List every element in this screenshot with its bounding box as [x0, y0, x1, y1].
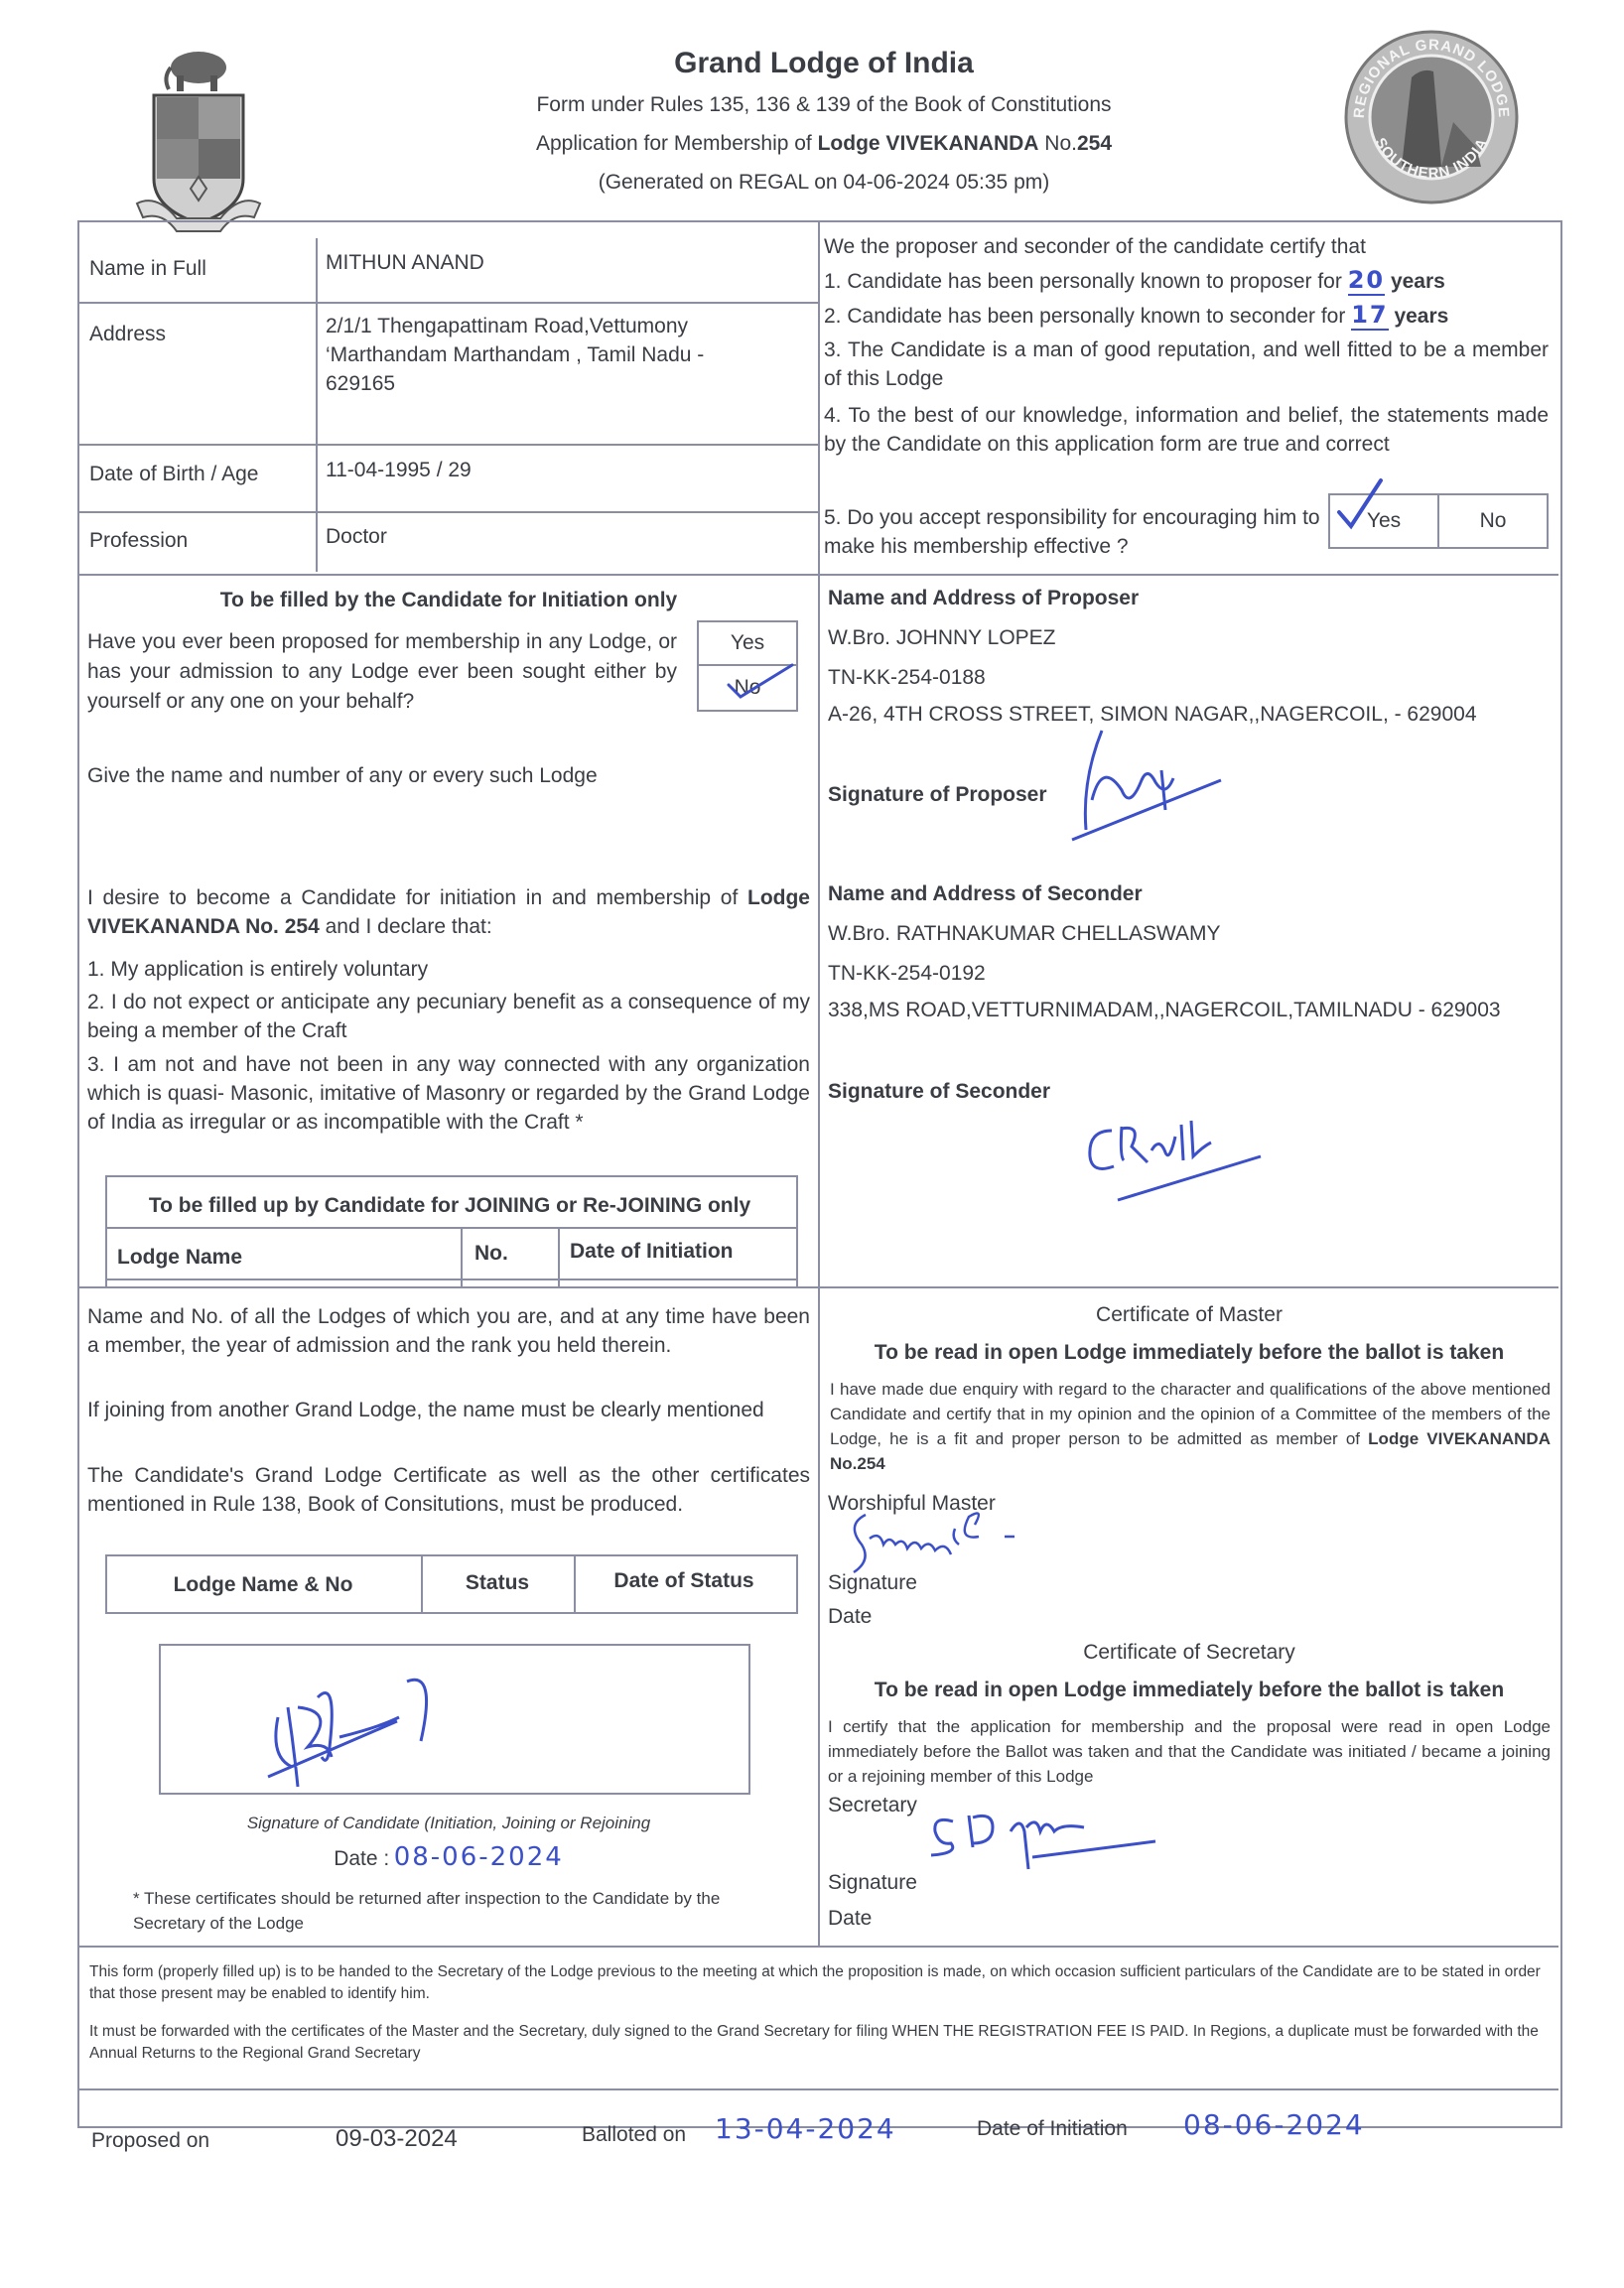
- address-value: 2/1/1 Thengapattinam Road,Vettumony ‘Mar…: [326, 312, 704, 398]
- candidate-date-value: 08-06-2024: [394, 1842, 564, 1872]
- prior-proposal-yes-checkbox[interactable]: Yes: [697, 620, 798, 666]
- column-header: No.: [474, 1239, 508, 1268]
- desire-statement: I desire to become a Candidate for initi…: [87, 883, 810, 941]
- checkmark-icon: [727, 663, 796, 703]
- profession-label: Profession: [89, 526, 188, 555]
- address-label: Address: [89, 320, 166, 348]
- certificates-return-footnote: * These certificates should be returned …: [133, 1886, 788, 1936]
- seconder-address: 338,MS ROAD,VETTURNIMADAM,,NAGERCOIL,TAM…: [828, 996, 1501, 1024]
- give-lodge-name-prompt: Give the name and number of any or every…: [87, 761, 598, 790]
- application-line: Application for Membership of Lodge VIVE…: [437, 132, 1211, 156]
- seconder-name: W.Bro. RATHNAKUMAR CHELLASWAMY: [828, 919, 1221, 948]
- joining-table-heading: To be filled up by Candidate for JOINING…: [105, 1191, 794, 1220]
- name-label: Name in Full: [89, 254, 206, 283]
- prior-proposal-question: Have you ever been proposed for membersh…: [87, 627, 677, 717]
- regional-grand-lodge-seal-icon: REGIONAL GRAND LODGE SOUTHERN INDIA: [1342, 28, 1521, 206]
- generated-timestamp: (Generated on REGAL on 04-06-2024 05:35 …: [437, 171, 1211, 195]
- profession-value: Doctor: [326, 522, 387, 551]
- declaration-3: 3. I am not and have not been in any way…: [87, 1050, 810, 1137]
- checkmark-icon: [1335, 476, 1395, 536]
- proposed-on-value: 09-03-2024: [336, 2124, 458, 2153]
- known-to-proposer: 1. Candidate has been personally known t…: [824, 266, 1549, 296]
- secretary-signature-label: Signature: [828, 1868, 917, 1897]
- declaration-2: 2. I do not expect or anticipate any pec…: [87, 988, 810, 1045]
- candidate-signature-date: Date : 08-06-2024: [79, 1842, 818, 1873]
- name-value: MITHUN ANAND: [326, 248, 484, 277]
- master-signature-label: Signature: [828, 1568, 917, 1597]
- secretary-certificate-body: I certify that the application for membe…: [828, 1714, 1551, 1789]
- candidate-signature: [268, 1678, 476, 1787]
- master-date-label: Date: [828, 1602, 872, 1631]
- dob-age-value: 11-04-1995 / 29: [326, 456, 472, 484]
- dob-age-label: Date of Birth / Age: [89, 460, 258, 488]
- initiation-heading: To be filled by the Candidate for Initia…: [79, 586, 818, 614]
- column-header: Status: [421, 1568, 574, 1597]
- known-to-seconder: 2. Candidate has been personally known t…: [824, 301, 1549, 331]
- declaration-1: 1. My application is entirely voluntary: [87, 955, 810, 984]
- page-title: Grand Lodge of India: [476, 47, 1171, 80]
- form-forwarding-note: It must be forwarded with the certificat…: [89, 2021, 1555, 2065]
- column-header: Date of Initiation: [570, 1237, 734, 1266]
- initiation-date-value: 08-06-2024: [1183, 2108, 1365, 2141]
- master-certificate-body: I have made due enquiry with regard to t…: [830, 1377, 1551, 1476]
- proposer-years-value: 20: [1348, 266, 1385, 296]
- initiation-date-label: Date of Initiation: [977, 2114, 1128, 2143]
- seconder-signature: [1082, 1117, 1261, 1206]
- balloted-on-value: 13-04-2024: [715, 2112, 896, 2145]
- proposer-signature: [1062, 721, 1241, 850]
- proposed-on-label: Proposed on: [91, 2126, 209, 2155]
- column-header: Lodge Name: [117, 1243, 242, 1272]
- grand-lodge-crest-icon: [129, 40, 268, 238]
- candidate-signature-caption: Signature of Candidate (Initiation, Join…: [79, 1811, 818, 1835]
- form-rules-subtitle: Form under Rules 135, 136 & 139 of the B…: [437, 93, 1211, 117]
- responsibility-no-checkbox[interactable]: No: [1437, 493, 1549, 549]
- column-header: Date of Status: [574, 1566, 794, 1595]
- balloted-on-label: Balloted on: [582, 2120, 686, 2149]
- proposer-id: TN-KK-254-0188: [828, 663, 986, 692]
- secretary-signature: [923, 1802, 1161, 1881]
- form-handling-note: This form (properly filled up) is to be …: [89, 1961, 1555, 2005]
- joining-grand-lodge-note: If joining from another Grand Lodge, the…: [87, 1396, 810, 1424]
- lodges-membership-instructions: Name and No. of all the Lodges of which …: [87, 1302, 810, 1360]
- seconder-id: TN-KK-254-0192: [828, 959, 986, 988]
- seconder-years-value: 17: [1351, 301, 1388, 331]
- certificate-note: The Candidate's Grand Lodge Certificate …: [87, 1461, 810, 1519]
- secretary-date-label: Date: [828, 1904, 872, 1933]
- proposer-name: W.Bro. JOHNNY LOPEZ: [828, 623, 1056, 652]
- column-header: Lodge Name & No: [105, 1570, 421, 1599]
